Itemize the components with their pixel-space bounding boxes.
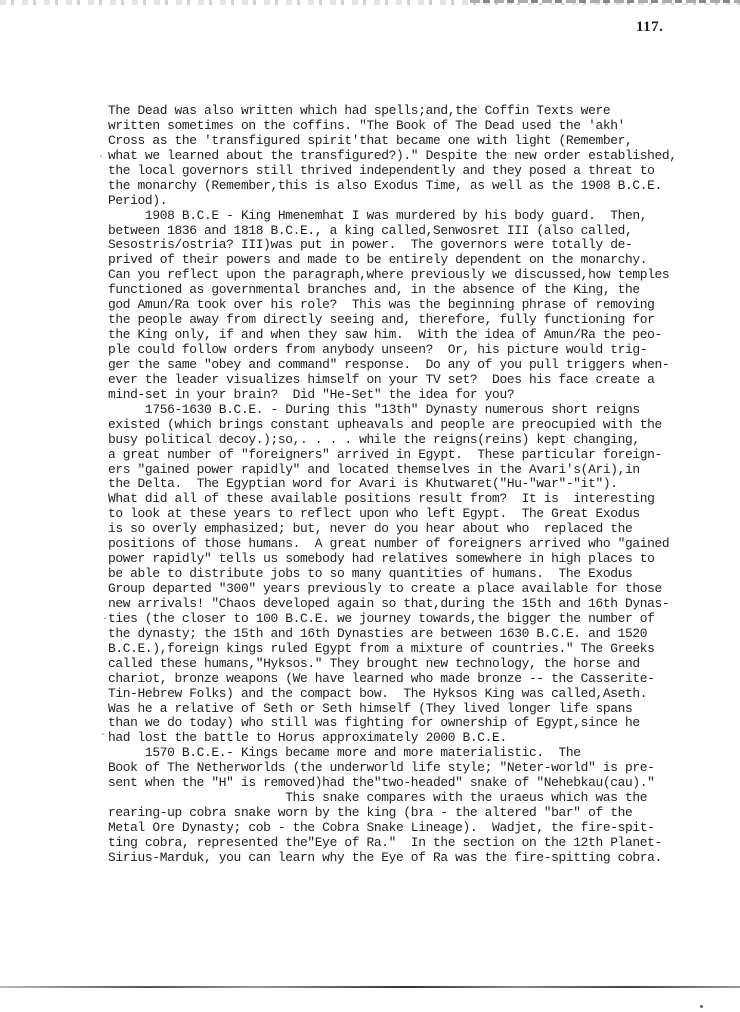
text-line: god Amun/Ra took over his role? This was… [108, 298, 668, 313]
text-line: be able to distribute jobs to so many qu… [108, 567, 668, 582]
text-line: Was he a relative of Seth or Seth himsel… [108, 702, 668, 717]
text-line: Cross as the 'transfigured spirit'that b… [108, 134, 668, 149]
typewritten-body: The Dead was also written which had spel… [108, 104, 668, 866]
text-line: the people away from directly seeing and… [108, 313, 668, 328]
text-line: the dynasty; the 15th and 16th Dynasties… [108, 627, 668, 642]
text-line: ger the same "obey and command" response… [108, 358, 668, 373]
text-line: B.C.E.),foreign kings ruled Egypt from a… [108, 642, 668, 657]
margin-tick-mark: · [98, 152, 104, 163]
text-line: Sirius-Marduk, you can learn why the Eye… [108, 851, 668, 866]
text-line: ties (the closer to 100 B.C.E. we journe… [108, 612, 668, 627]
scan-edge-noise [0, 0, 740, 5]
text-line: chariot, bronze weapons (We have learned… [108, 672, 668, 687]
text-line: Sesostris/ostria? III)was put in power. … [108, 238, 668, 253]
text-line: mind-set in your brain? Did "He-Set" the… [108, 388, 668, 403]
scan-speck [700, 1005, 703, 1008]
scan-edge-dark [470, 0, 740, 3]
text-line: between 1836 and 1818 B.C.E., a king cal… [108, 224, 668, 239]
text-line: Can you reflect upon the paragraph,where… [108, 268, 668, 283]
text-line: power rapidly" tells us somebody had rel… [108, 552, 668, 567]
page-number: 117. [636, 19, 663, 36]
text-line: functioned as governmental branches and,… [108, 283, 668, 298]
text-line: had lost the battle to Horus approximate… [108, 731, 668, 746]
text-line: The Dead was also written which had spel… [108, 104, 668, 119]
text-line: ers "gained power rapidly" and located t… [108, 463, 668, 478]
text-line: Book of The Netherworlds (the underworld… [108, 761, 668, 776]
text-line: rearing-up cobra snake worn by the king … [108, 806, 668, 821]
text-line: Group departed "300" years previously to… [108, 582, 668, 597]
text-line: What did all of these available position… [108, 492, 668, 507]
text-line: the King only, if and when they saw him.… [108, 328, 668, 343]
text-line: the local governors still thrived indepe… [108, 164, 668, 179]
text-line: 1756-1630 B.C.E. - During this "13th" Dy… [108, 403, 668, 418]
text-line: Metal Ore Dynasty; cob - the Cobra Snake… [108, 821, 668, 836]
text-line: existed (which brings constant upheavals… [108, 418, 668, 433]
text-line: Tin-Hebrew Folks) and the compact bow. T… [108, 687, 668, 702]
text-line: to look at these years to reflect upon w… [108, 507, 668, 522]
text-line: Period). [108, 194, 668, 209]
text-line: the Delta. The Egyptian word for Avari i… [108, 477, 668, 492]
text-line: ple could follow orders from anybody uns… [108, 343, 668, 358]
text-line: 1908 B.C.E - King Hmenemhat I was murder… [108, 209, 668, 224]
scan-bottom-edge [0, 986, 740, 988]
text-line: positions of those humans. A great numbe… [108, 537, 668, 552]
text-line: prived of their powers and made to be en… [108, 253, 668, 268]
text-line: 1570 B.C.E.- Kings became more and more … [108, 746, 668, 761]
text-line: what we learned about the transfigured?)… [108, 149, 668, 164]
text-line: than we do today) who still was fighting… [108, 716, 668, 731]
text-line: a great number of "foreigners" arrived i… [108, 448, 668, 463]
text-line: is so overly emphasized; but, never do y… [108, 522, 668, 537]
text-line: the monarchy (Remember,this is also Exod… [108, 179, 668, 194]
text-line: new arrivals! "Chaos developed again so … [108, 597, 668, 612]
text-line: written sometimes on the coffins. "The B… [108, 119, 668, 134]
text-line: busy political decoy.);so,. . . . while … [108, 433, 668, 448]
margin-tick-mark: · [100, 730, 106, 741]
text-line: This snake compares with the uraeus whic… [108, 791, 668, 806]
text-line: ever the leader visualizes himself on yo… [108, 373, 668, 388]
text-line: ting cobra, represented the"Eye of Ra." … [108, 836, 668, 851]
text-line: called these humans,"Hyksos." They broug… [108, 657, 668, 672]
margin-tick-mark: · [102, 614, 108, 625]
text-line: sent when the "H" is removed)had the"two… [108, 776, 668, 791]
